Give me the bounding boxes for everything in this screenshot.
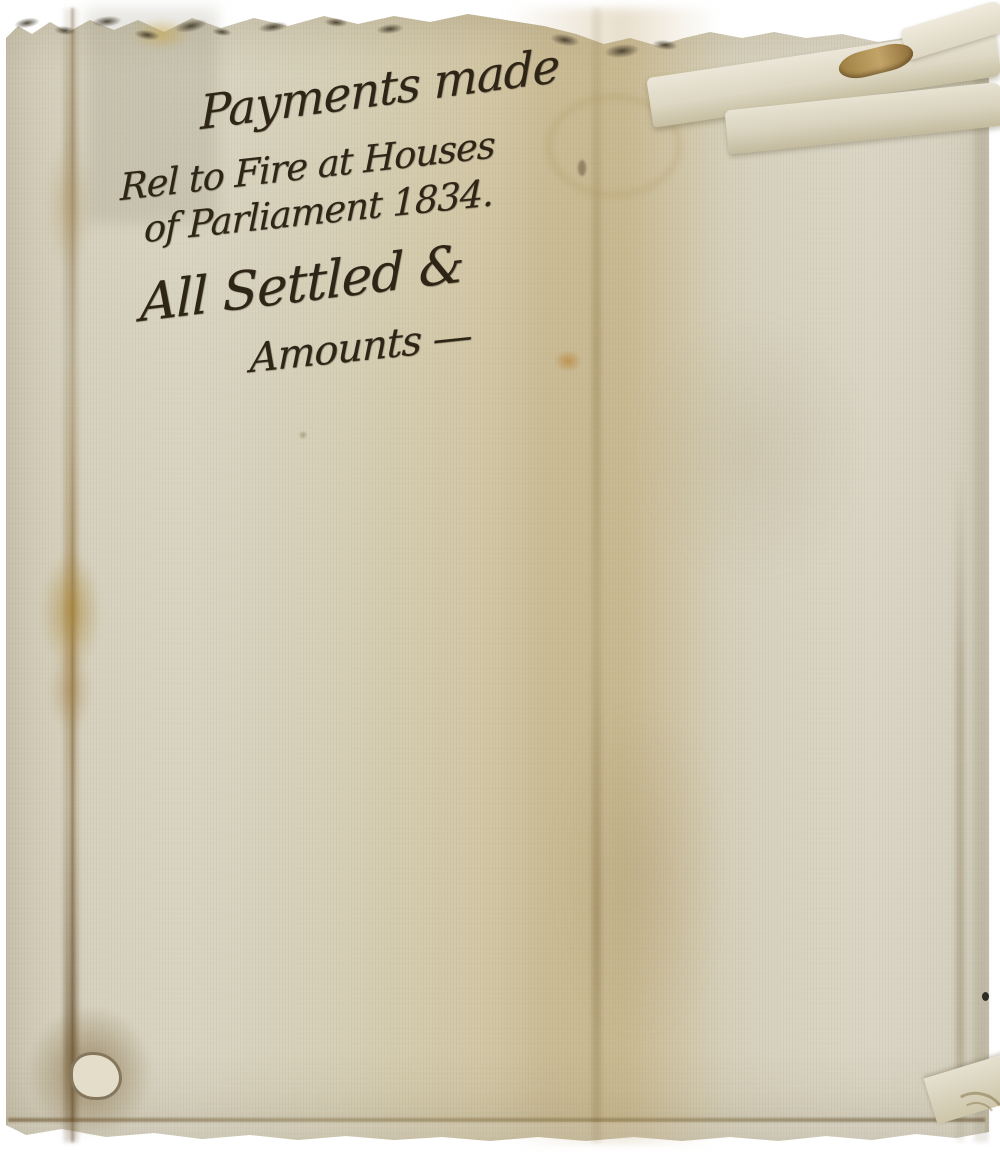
ink-speck xyxy=(990,1080,998,1090)
document-photo: Payments made Rel to Fire at Houses of P… xyxy=(0,0,1000,1168)
